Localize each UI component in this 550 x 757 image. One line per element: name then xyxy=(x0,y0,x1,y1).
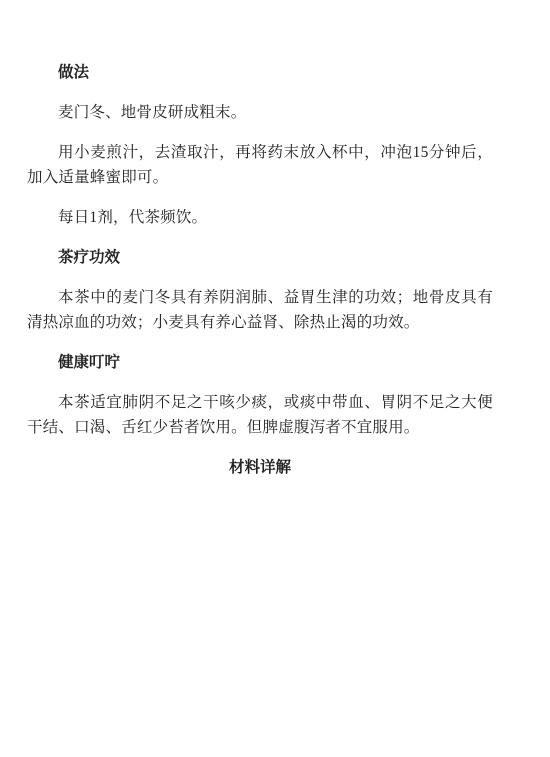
section-heading-tea-effects: 茶疗功效 xyxy=(27,245,493,270)
section-heading-method: 做法 xyxy=(27,60,493,85)
paragraph-dosage: 每日1剂，代茶频饮。 xyxy=(27,205,493,230)
section-heading-material-details: 材料详解 xyxy=(27,455,493,480)
section-heading-health-reminder: 健康叮咛 xyxy=(27,350,493,375)
paragraph-health-reminder: 本茶适宜肺阴不足之干咳少痰，或痰中带血、胃阴不足之大便干结、口渴、舌红少苔者饮用… xyxy=(27,390,493,440)
paragraph-tea-effects: 本茶中的麦门冬具有养阴润肺、益胃生津的功效；地骨皮具有清热凉血的功效；小麦具有养… xyxy=(27,285,493,335)
paragraph-grind-ingredients: 麦门冬、地骨皮研成粗末。 xyxy=(27,100,493,125)
paragraph-brewing-steps: 用小麦煎汁，去渣取汁，再将药末放入杯中，冲泡15分钟后，加入适量蜂蜜即可。 xyxy=(27,140,493,190)
document-page: 做法 麦门冬、地骨皮研成粗末。 用小麦煎汁，去渣取汁，再将药末放入杯中，冲泡15… xyxy=(0,0,550,757)
